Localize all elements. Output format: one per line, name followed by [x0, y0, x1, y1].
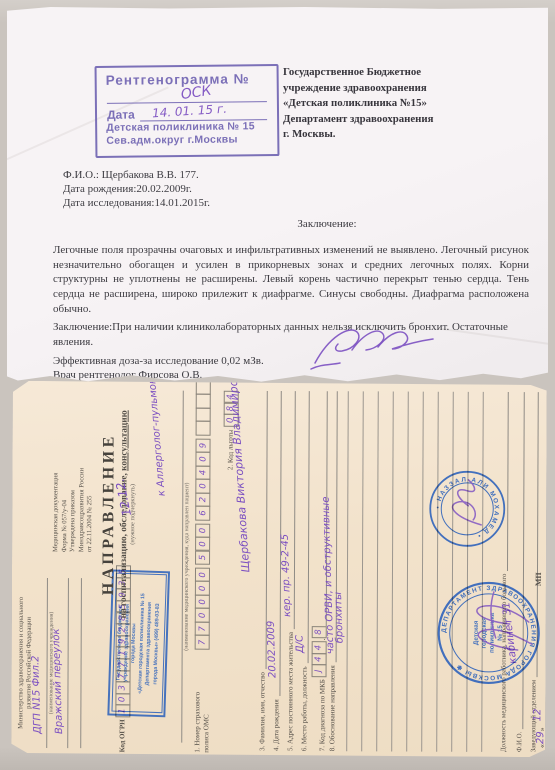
field-reason-row: 8. Обоснование направления часто ОРВИ, и… [325, 391, 338, 751]
policy-digit-box: 0 [195, 595, 210, 609]
form-number-line: от 22.11.2004 № 255 [86, 392, 95, 552]
policy-digit-box: 2 [196, 492, 211, 506]
policy-digit-box: 9 [196, 438, 211, 452]
referrer-position-row: Должность медицинского работника, направ… [497, 392, 509, 752]
work-handwritten: Д/С [294, 635, 306, 653]
referral-date-row: « 29 » 12 [535, 697, 546, 748]
form-title: НАПРАВЛЕНИЕ [100, 386, 119, 642]
ruled-line [450, 392, 454, 752]
stamp-date-handwritten: 14. 01. 15 г. [151, 102, 227, 121]
radiologist-line: Врач рентгенолог Фирсова О.В. [53, 369, 202, 381]
stamp-clinic-name: Детская поликлиника № 15 [97, 120, 277, 134]
reason-handwritten-line2: бронхиты [333, 592, 346, 644]
policy-digit-box [196, 421, 211, 435]
policy-digit-box [196, 381, 211, 395]
stamp-clinic-district: Сев.адм.округ г.Москвы [97, 133, 277, 147]
stamp-number-line: ОСК [107, 86, 267, 104]
ogrn-label: Код ОГРН [118, 716, 126, 752]
clinic-round-stamp: ДЕПАРТАМЕНТ ЗДРАВООХРАНЕНИЯ ГОРОДА МОСКВ… [435, 580, 541, 686]
study-date: Дата исследования:14.01.2015г. [63, 196, 210, 210]
policy-digit-box: 7 [195, 622, 210, 636]
destination-line [169, 391, 184, 743]
radiation-dose-line: Эффективная доза-за исследование 0,02 мЗ… [53, 355, 264, 367]
report-body-text: Легочные поля прозрачны очаговых и инфил… [53, 243, 529, 317]
policy-digit-box: 0 [196, 452, 211, 466]
patient-info: Ф.И.О.: Щербакова В.В. 177. Дата рождени… [63, 168, 210, 210]
doctor-signature [307, 319, 452, 377]
referrer-fio-row: Ф.И.О. [513, 392, 525, 752]
clinic-header-line: «Детская поликлиника №15» [283, 96, 523, 112]
ruled-line [435, 392, 439, 752]
policy-digit-box: 0 [196, 479, 211, 493]
doctor-round-stamp: • НАЗЗАЛ АЛИ МОХАМЕД • [427, 469, 507, 549]
facility-name-line: ДГП N15 Фил.2 [34, 578, 48, 748]
policy-digit-box: 0 [195, 537, 210, 551]
stamp-title: Рентгенограмма № [97, 66, 277, 88]
registration-stamp: Рентгенограмма № ОСК Дата 14. 01. 15 г. … [95, 64, 280, 158]
patient-birthdate: Дата рождения:20.02.2009г. [63, 182, 210, 196]
policy-digit-box: 0 [195, 608, 210, 622]
form-number-line: Утверждена приказом [69, 392, 78, 552]
field-name-row: 3. Фамилия, имя, отчество [255, 391, 268, 751]
ministry-block: Министерство здравоохранения и социально… [17, 572, 82, 754]
ruled-line [405, 392, 409, 752]
destination-handwritten: к Аллерголог-пульмонологу [144, 381, 167, 497]
address-handwritten: кер. пр. 49-2-45 [280, 534, 294, 617]
referral-form-sheet: Министерство здравоохранения и социально… [11, 381, 547, 757]
conclusion-heading: Заключение: [177, 218, 477, 230]
form-number-block: Медицинская документацияФорма № 057/у-04… [52, 392, 96, 552]
svg-text:городская: городская [481, 617, 488, 649]
clinic-header: Государственное Бюджетноеучреждение здра… [283, 65, 523, 143]
policy-digit-box: 0 [195, 523, 210, 537]
facility-address-handwritten: Вражский переулок [53, 628, 65, 734]
clinic-header-line: учреждение здравоохранения [283, 81, 523, 97]
icd-digit-box: 4 [312, 641, 327, 654]
ruled-line [375, 391, 379, 751]
patient-fio: Ф.И.О.: Щербакова В.В. 177. [63, 168, 210, 182]
policy-digit-box: 6 [196, 506, 211, 520]
field-work-row: 6. Место работы, должность Д/С [297, 391, 310, 751]
form-number-line: Медицинская документация [52, 392, 61, 552]
facility-empty-line [68, 578, 82, 748]
scanned-document: Рентгенограмма № ОСК Дата 14. 01. 15 г. … [0, 0, 555, 770]
icd-digit-box: J [312, 665, 327, 678]
date-month-handwritten: 12 [532, 709, 543, 722]
stamp-date-line: Дата 14. 01. 15 г. [107, 102, 267, 122]
clinic-header-line: Государственное Бюджетное [283, 65, 523, 81]
svg-text:• НАЗЗАЛ АЛИ МОХАМЕД •: • НАЗЗАЛ АЛИ МОХАМЕД • [435, 476, 500, 540]
ruled-line [420, 392, 424, 752]
date-day-handwritten: 29 [535, 731, 546, 744]
patient-name-handwritten: Щербакова Виктория Владимировна [225, 381, 252, 573]
birthdate-handwritten: 20.02.2009 [266, 621, 279, 679]
policy-digit-box: 4 [196, 465, 211, 479]
field-address-row: 5. Адрес постоянного места жительства ке… [283, 391, 296, 751]
ruled-line [465, 392, 469, 752]
policy-digit-box: 7 [195, 635, 210, 649]
svg-text:№ 15: № 15 [497, 625, 504, 641]
stamp-number-handwritten: ОСК [179, 83, 212, 103]
destination-caption: (наименование медицинского учреждения, к… [183, 391, 191, 743]
policy-digit-box: 0 [195, 581, 210, 595]
policy-digit-box: 5 [195, 550, 210, 564]
policy-label: 1. Номер страхового полиса ОМС [193, 649, 211, 753]
clinic-header-line: Департамент здравоохранения [283, 112, 523, 128]
ruled-line [360, 391, 364, 751]
policy-number-row: 1. Номер страхового полиса ОМС 770000500… [193, 381, 212, 753]
ruled-line [390, 391, 394, 751]
report-conclusion-text: Заключение:При наличии клиниколабораторн… [53, 320, 529, 349]
icd-digit-box: 4 [312, 653, 327, 666]
facility-handwritten: ДГП N15 Фил.2 [32, 655, 43, 734]
ruled-line [480, 392, 484, 752]
referral-form-content: Министерство здравоохранения и социально… [11, 382, 547, 756]
underlined-option: консультацию [119, 410, 129, 471]
ruled-line [345, 391, 349, 751]
policy-digit-box [196, 394, 211, 408]
clinic-header-line: г. Москвы. [283, 127, 523, 143]
policy-digit-box [196, 407, 211, 421]
policy-digit-box: 0 [195, 568, 210, 582]
facility-address-line: Вражский переулок [55, 578, 69, 748]
xray-report-sheet: Рентгенограмма № ОСК Дата 14. 01. 15 г. … [7, 7, 548, 382]
stamp-date-label: Дата [107, 107, 140, 121]
